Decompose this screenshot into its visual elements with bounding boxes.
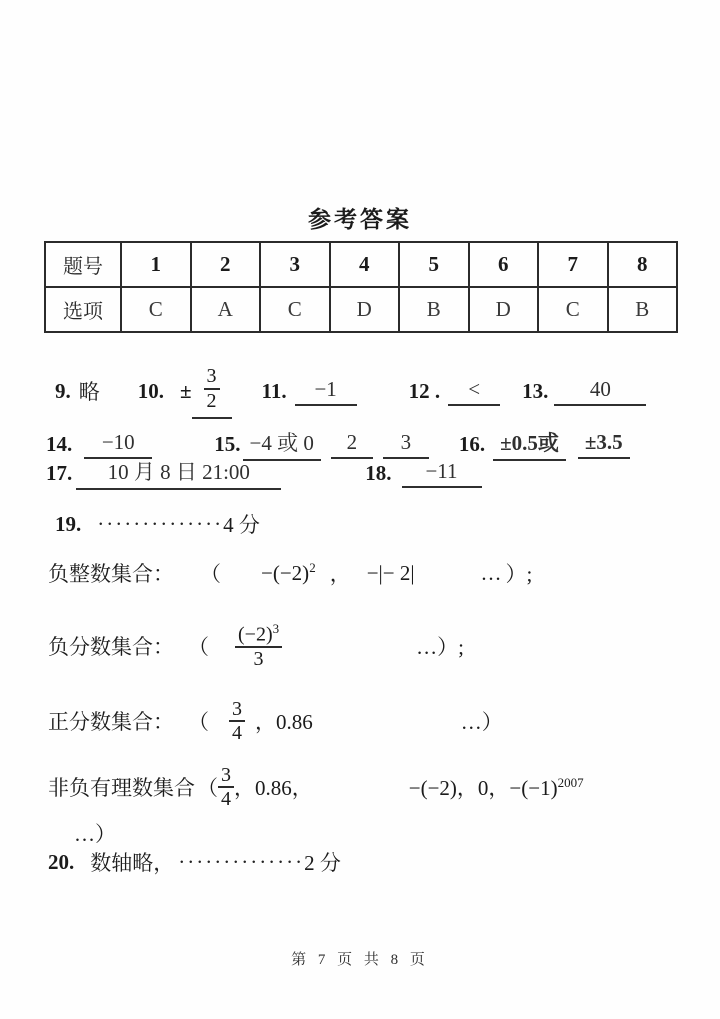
option-cell: A bbox=[191, 287, 261, 332]
question-number-cell: 6 bbox=[469, 242, 539, 287]
fraction-three-quarters: 3 4 bbox=[218, 764, 234, 811]
set-continuation-close: …） bbox=[74, 818, 116, 848]
fraction-three-quarters: 3 4 bbox=[229, 698, 245, 745]
q9-answer: 略 bbox=[79, 376, 100, 406]
question-number-cell: 8 bbox=[608, 242, 678, 287]
q16-answer-1: ±0.5或 bbox=[493, 427, 566, 461]
fraction-numerator: 3 bbox=[218, 764, 234, 786]
set-name: 负整数集合： bbox=[48, 558, 174, 588]
open-paren: （ bbox=[188, 631, 209, 661]
page-number-footer: 第 7 页 共 8 页 bbox=[0, 948, 720, 969]
option-cell: C bbox=[538, 287, 608, 332]
option-cell: C bbox=[121, 287, 191, 332]
q20-score: 2 分 bbox=[304, 847, 341, 877]
fraction-numerator: (−2)3 bbox=[235, 622, 282, 646]
fraction-numerator: 3 bbox=[229, 698, 245, 720]
fraction-denominator: 3 bbox=[235, 646, 282, 670]
separator-comma: ， bbox=[330, 558, 351, 588]
chosen-option-row: 选项 C A C D B D C B bbox=[45, 287, 677, 332]
ellipsis: … bbox=[481, 561, 502, 586]
question-number-cell: 1 bbox=[121, 242, 191, 287]
set-name: 负分数集合： bbox=[48, 631, 174, 661]
q12-answer: < bbox=[448, 377, 500, 406]
q14-answer: −10 bbox=[84, 430, 152, 459]
q12-label: 12 . bbox=[409, 379, 441, 404]
question-number-cell: 2 bbox=[191, 242, 261, 287]
q10-plus-minus-sign: ± bbox=[180, 379, 192, 404]
fraction-three-halves: 3 2 bbox=[204, 365, 220, 412]
q20-line: 20. 数轴略， ·············· 2 分 bbox=[48, 846, 341, 878]
q18-label: 18. bbox=[365, 461, 391, 486]
q10-answer-fraction: 3 2 bbox=[192, 363, 232, 419]
fill-answers-row-1: 9. 略 10. ± 3 2 11. −1 12 . < 13. 40 bbox=[55, 352, 646, 430]
q20-label: 20. bbox=[48, 850, 74, 875]
open-paren: （ bbox=[188, 706, 209, 736]
expression-base: −(−2)，0，−(−1) bbox=[409, 776, 558, 800]
negative-fractions-set-line: 负分数集合： （ (−2)3 3 …）; bbox=[48, 610, 464, 682]
q20-answer: 数轴略， bbox=[90, 847, 174, 877]
q17-answer: 10 月 8 日 21:00 bbox=[76, 456, 281, 490]
q19-heading: 19. ·············· 4 分 bbox=[55, 508, 260, 540]
row-header-option: 选项 bbox=[45, 287, 121, 332]
nonnegative-rationals-set-line: 非负有理数集合 （ 3 4 ，0.86， −(−2)，0，−(−1)2007 bbox=[48, 754, 584, 820]
q17-label: 17. bbox=[46, 461, 72, 486]
option-cell: D bbox=[330, 287, 400, 332]
q14-label: 14. bbox=[46, 432, 72, 457]
q15-label: 15. bbox=[214, 432, 240, 457]
question-number-row: 题号 1 2 3 4 5 6 7 8 bbox=[45, 242, 677, 287]
question-number-cell: 7 bbox=[538, 242, 608, 287]
option-cell: B bbox=[608, 287, 678, 332]
expression-exponent: 2007 bbox=[558, 775, 584, 790]
open-paren: （ bbox=[197, 772, 218, 802]
option-cell: C bbox=[260, 287, 330, 332]
question-number-cell: 3 bbox=[260, 242, 330, 287]
ellipsis-close-paren: …）; bbox=[416, 631, 464, 661]
q16-answer-2: ±3.5 bbox=[578, 430, 630, 459]
fraction-denominator: 4 bbox=[229, 720, 245, 744]
negative-integers-set-line: 负整数集合： （ −(−2)2 ， −|− 2| … ）; bbox=[48, 545, 532, 601]
expression-neg-2-squared: −(−2)2 bbox=[261, 560, 316, 586]
question-number-cell: 4 bbox=[330, 242, 400, 287]
q13-label: 13. bbox=[522, 379, 548, 404]
q11-answer: −1 bbox=[295, 377, 357, 406]
decimal-value: ，0.86 bbox=[255, 706, 313, 736]
expression-base: −(−2) bbox=[261, 561, 309, 585]
fill-answers-row-3: 17. 10 月 8 日 21:00 18. −11 bbox=[46, 456, 482, 490]
option-cell: B bbox=[399, 287, 469, 332]
q16-label: 16. bbox=[459, 432, 485, 457]
q19-dot-leader: ·············· bbox=[97, 512, 223, 537]
q18-answer: −11 bbox=[402, 459, 482, 488]
fraction-neg-2-cubed-over-3: (−2)3 3 bbox=[235, 622, 282, 670]
decimal-value: ，0.86， bbox=[234, 772, 313, 802]
q15-answer-2: 2 bbox=[331, 430, 373, 459]
q19-score: 4 分 bbox=[223, 509, 260, 539]
q13-answer: 40 bbox=[554, 377, 646, 406]
ellipsis-close-paren: …） bbox=[74, 818, 116, 848]
close-paren: ）; bbox=[506, 558, 533, 588]
q9-label: 9. bbox=[55, 379, 71, 404]
row-header-question-number: 题号 bbox=[45, 242, 121, 287]
set-name: 正分数集合： bbox=[48, 706, 174, 736]
q15-answer-3: 3 bbox=[383, 430, 429, 459]
set-name: 非负有理数集合 bbox=[48, 772, 195, 802]
open-paren: （ bbox=[200, 558, 221, 588]
q19-label: 19. bbox=[55, 512, 81, 537]
numerator-base: (−2) bbox=[238, 623, 273, 645]
multiple-choice-answer-table: 题号 1 2 3 4 5 6 7 8 选项 C A C D B D C B bbox=[44, 241, 678, 333]
q10-label: 10. bbox=[138, 379, 164, 404]
expression-list: −(−2)，0，−(−1)2007 bbox=[409, 772, 584, 802]
q11-label: 11. bbox=[262, 379, 287, 404]
expression-exponent: 2 bbox=[309, 560, 316, 575]
ellipsis-close-paren: …） bbox=[461, 706, 503, 736]
option-cell: D bbox=[469, 287, 539, 332]
answer-key-page: 参考答案 题号 1 2 3 4 5 6 7 8 选项 C A C D B D C… bbox=[0, 0, 720, 1019]
page-title: 参考答案 bbox=[0, 201, 720, 234]
q20-dot-leader: ·············· bbox=[178, 850, 304, 875]
question-number-cell: 5 bbox=[399, 242, 469, 287]
fraction-denominator: 4 bbox=[218, 786, 234, 810]
expression-neg-abs-2: −|− 2| bbox=[367, 561, 415, 586]
positive-fractions-set-line: 正分数集合： （ 3 4 ，0.86 …） bbox=[48, 688, 503, 754]
numerator-exponent: 3 bbox=[273, 621, 280, 636]
fraction-numerator: 3 bbox=[204, 365, 220, 387]
fraction-denominator: 2 bbox=[204, 388, 220, 412]
